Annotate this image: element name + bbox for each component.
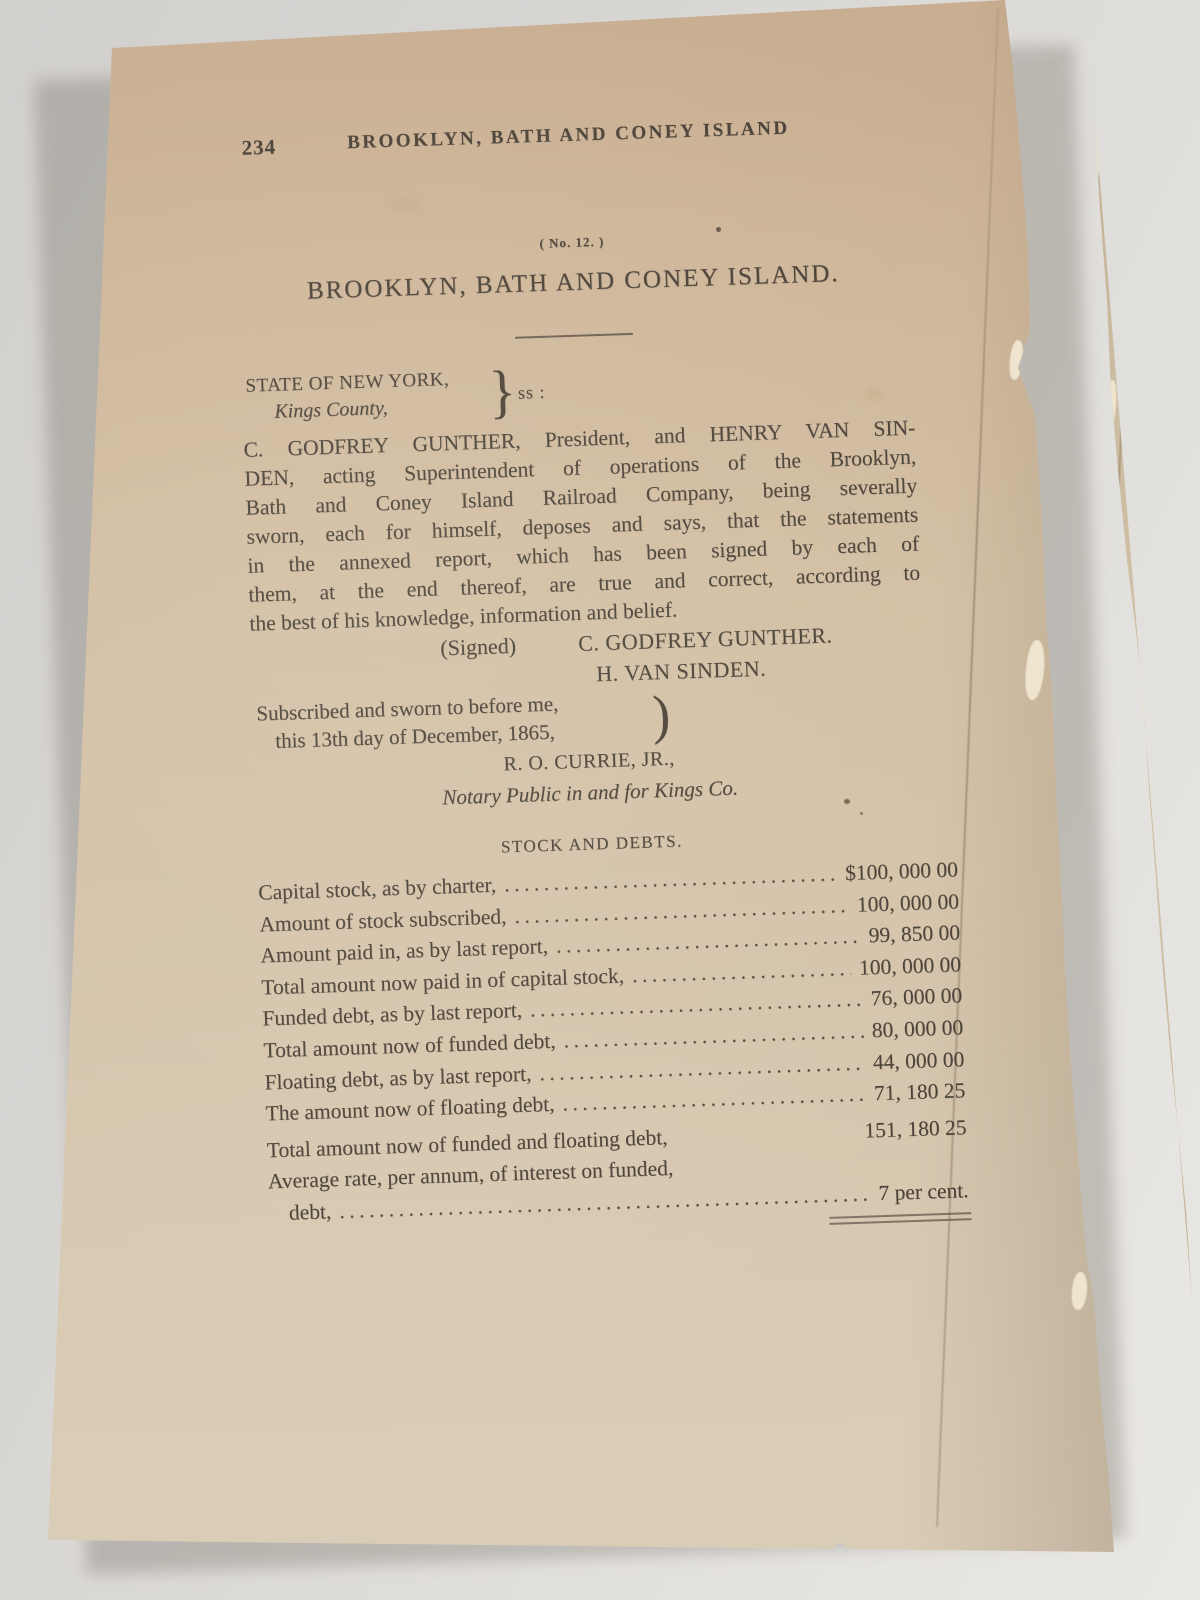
row-value: 100, 000 00	[856, 886, 959, 921]
title-rule	[515, 333, 633, 339]
row-value: $100, 000 00	[845, 854, 959, 889]
row-label: debt,	[288, 1196, 331, 1229]
torn-paper-bit	[1104, 380, 1118, 433]
document-page: 234 BROOKLYN, BATH AND CONEY ISLAND ( No…	[0, 0, 1200, 1600]
running-header: BROOKLYN, BATH AND CONEY ISLAND	[233, 114, 903, 158]
torn-paper-bit	[1170, 995, 1186, 1042]
stock-and-debts-table: Capital stock, as by charter, $100, 000 …	[258, 854, 969, 1230]
table-closing-rule	[829, 1212, 971, 1225]
page-header: 234 BROOKLYN, BATH AND CONEY ISLAND	[233, 114, 904, 164]
torn-paper-bit	[1156, 838, 1170, 881]
jurat-brace: }	[488, 358, 517, 426]
row-value: 71, 180 25	[873, 1075, 965, 1110]
attestation-line-2: this 13th day of December, 1865,	[275, 720, 555, 754]
signature-gunther: C. GODFREY GUNTHER.	[578, 622, 833, 656]
jurat-ss: ss :	[518, 382, 546, 404]
row-value: 80, 000 00	[871, 1012, 963, 1047]
attestation-brace: )	[652, 684, 671, 746]
affidavit-paragraph: C. GODFREY GUNTHER, President, and HENRY…	[243, 414, 921, 639]
row-value: 7 per cent.	[878, 1175, 969, 1210]
printed-content: 234 BROOKLYN, BATH AND CONEY ISLAND ( No…	[233, 106, 981, 1279]
photo-of-document: 234 BROOKLYN, BATH AND CONEY ISLAND ( No…	[0, 0, 1200, 1600]
row-value: 151, 180 25	[864, 1112, 967, 1147]
row-value: 44, 000 00	[872, 1044, 964, 1079]
signature-van-sinden: H. VAN SINDEN.	[596, 656, 767, 688]
jurat-county: Kings County,	[274, 397, 388, 424]
row-value: 99, 850 00	[868, 918, 960, 953]
torn-paper-bit	[1134, 612, 1158, 725]
signed-label: (Signed)	[440, 633, 517, 661]
report-number: ( No. 12. )	[237, 224, 907, 262]
row-value: 76, 000 00	[870, 981, 962, 1016]
jurat-state: STATE OF NEW YORK,	[245, 369, 449, 398]
torn-paper-bit	[1023, 639, 1047, 701]
torn-paper-bit	[1184, 1148, 1197, 1189]
torn-paper-bit	[1070, 1271, 1089, 1310]
page-number: 234	[241, 135, 276, 161]
torn-paper-bit	[1089, 95, 1107, 181]
row-value: 100, 000 00	[858, 949, 961, 984]
document-title: BROOKLYN, BATH AND CONEY ISLAND.	[238, 258, 909, 308]
